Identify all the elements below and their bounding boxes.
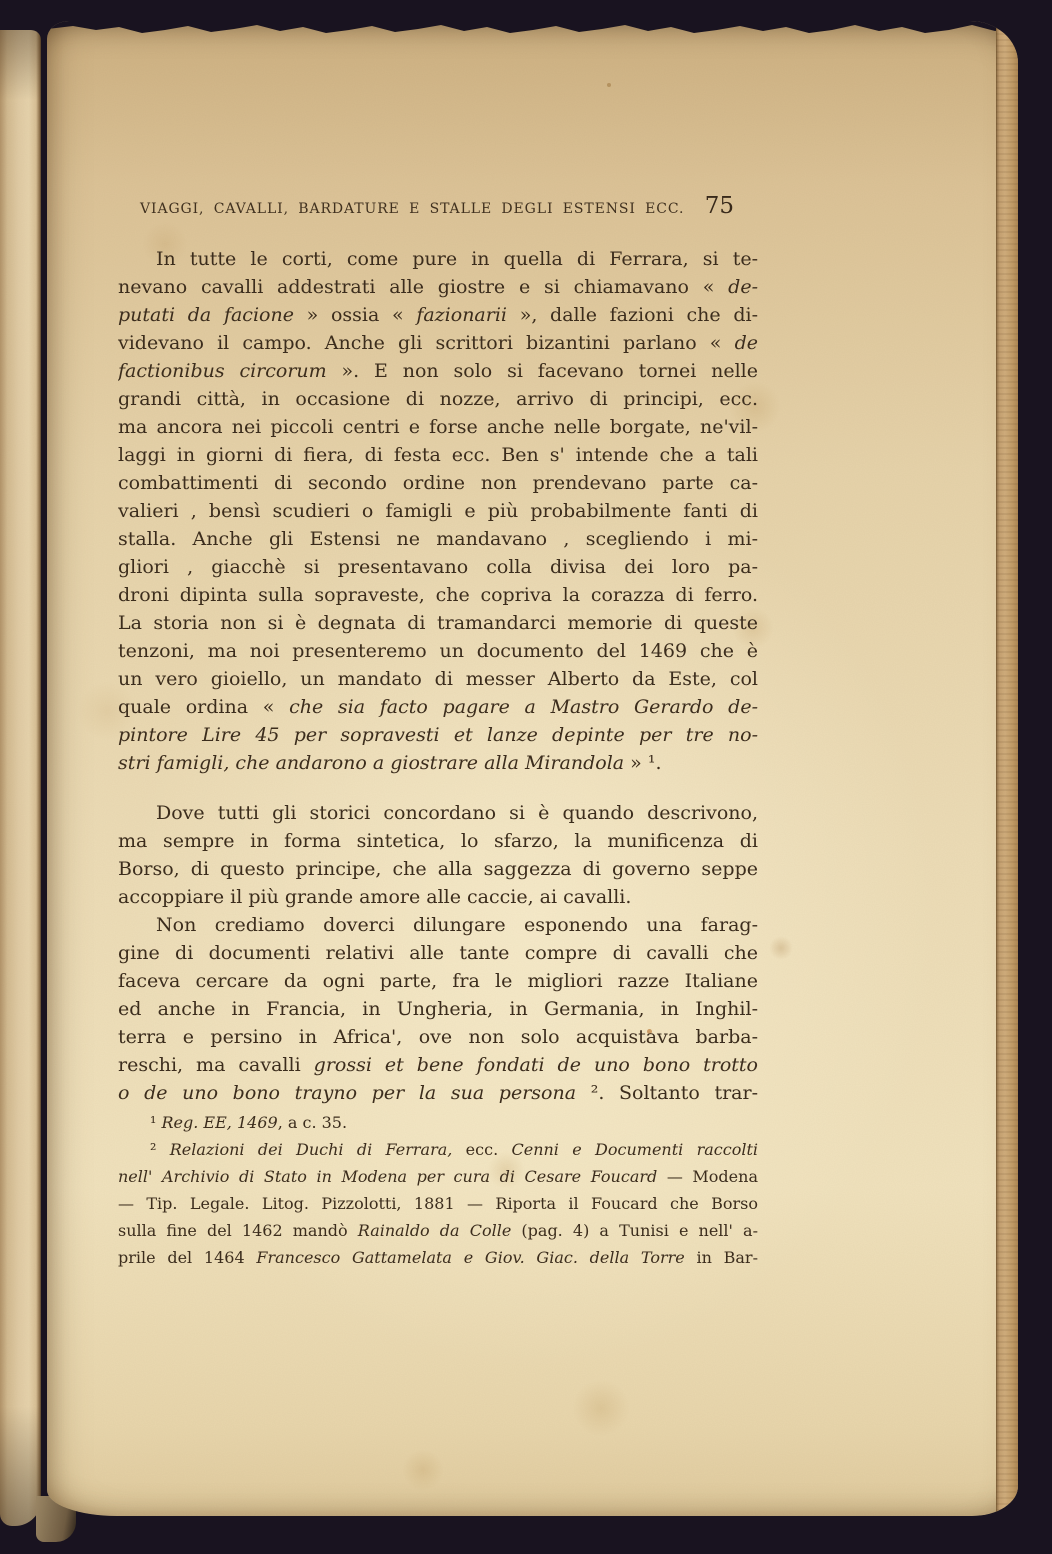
- text-segment: terra e persino in Africa', ove non solo…: [118, 1026, 758, 1048]
- text-line: pintore Lire 45 per sopravesti et lanze …: [118, 721, 758, 749]
- text-line: gine di documenti relativi alle tante co…: [118, 939, 758, 967]
- text-line: — Tip. Legale. Litog. Pizzolotti, 1881 —…: [118, 1190, 758, 1217]
- text-segment: droni dipinta sulla sopraveste, che copr…: [118, 584, 758, 606]
- text-line: Dove tutti gli storici concordano si è q…: [118, 799, 758, 827]
- text-segment: accoppiare il più grande amore alle cacc…: [118, 886, 631, 908]
- text-segment: gine di documenti relativi alle tante co…: [118, 942, 758, 964]
- page-fore-edge: [996, 21, 1018, 1516]
- text-segment: » ossia «: [294, 304, 416, 326]
- text-line: droni dipinta sulla sopraveste, che copr…: [118, 581, 758, 609]
- text-segment: ²: [150, 1140, 170, 1159]
- text-segment: Borso, di questo principe, che alla sagg…: [118, 858, 758, 880]
- text-line: gliori , giacchè si presentavano colla d…: [118, 553, 758, 581]
- text-segment: sulla fine del 1462 mandò: [118, 1221, 358, 1240]
- italic-text: Reg. EE, 1469: [162, 1113, 278, 1132]
- text-segment: » ¹.: [624, 752, 661, 774]
- italic-text: Relazioni dei Duchi di Ferrara,: [170, 1140, 453, 1159]
- text-line: quale ordina « che sia facto pagare a Ma…: [118, 693, 758, 721]
- text-segment: ². Soltanto trar-: [576, 1082, 758, 1104]
- text-line: tenzoni, ma noi presenteremo un document…: [118, 637, 758, 665]
- text-line: nevano cavalli addestrati alle giostre e…: [118, 273, 758, 301]
- text-line: ² Relazioni dei Duchi di Ferrara, ecc. C…: [118, 1136, 758, 1163]
- text-segment: Non crediamo doverci dilungare esponendo…: [156, 914, 758, 936]
- text-line: reschi, ma cavalli grossi et bene fondat…: [118, 1051, 758, 1079]
- text-line: La storia non si è degnata di tramandarc…: [118, 609, 758, 637]
- text-segment: ¹: [150, 1113, 162, 1132]
- italic-text: Cenni e Documenti raccolti: [511, 1140, 758, 1159]
- text-line: videvano il campo. Anche gli scrittori b…: [118, 329, 758, 357]
- text-line: valieri , bensì scudieri o famigli e più…: [118, 497, 758, 525]
- text-line: prile del 1464 Francesco Gattamelata e G…: [118, 1244, 758, 1271]
- text-line: laggi in giorni di fiera, di festa ecc. …: [118, 441, 758, 469]
- italic-text: de-: [728, 276, 758, 298]
- text-segment: valieri , bensì scudieri o famigli e più…: [118, 500, 758, 522]
- age-stain: [402, 1449, 444, 1491]
- text-line: accoppiare il più grande amore alle cacc…: [118, 883, 758, 911]
- text-segment: ». E non solo si facevano tornei nelle: [327, 360, 758, 382]
- ink-speck: [607, 83, 611, 87]
- text-line: un vero gioiello, un mandato di messer A…: [118, 665, 758, 693]
- italic-text: pintore Lire 45 per sopravesti et lanze …: [118, 724, 758, 746]
- italic-text: factionibus circorum: [118, 360, 327, 382]
- text-segment: grandi città, in occasione di nozze, arr…: [118, 388, 758, 410]
- text-segment: Dove tutti gli storici concordano si è q…: [156, 802, 758, 824]
- italic-text: nell' Archivio di Stato in Modena per cu…: [118, 1167, 657, 1186]
- text-segment: combattimenti di secondo ordine non pren…: [118, 472, 758, 494]
- italic-text: fazionarii: [416, 304, 507, 326]
- text-segment: », dalle fazioni che di-: [507, 304, 758, 326]
- text-line: sulla fine del 1462 mandò Rainaldo da Co…: [118, 1217, 758, 1244]
- text-line: ma sempre in forma sintetica, lo sfarzo,…: [118, 827, 758, 855]
- text-line: In tutte le corti, come pure in quella d…: [118, 245, 758, 273]
- text-line: ma ancora nei piccoli centri e forse anc…: [118, 413, 758, 441]
- deckle-edge: [47, 21, 1018, 35]
- previous-page-edge: [0, 30, 41, 1526]
- body-text: In tutte le corti, come pure in quella d…: [118, 245, 758, 1107]
- italic-text: stri famigli, che andarono a giostrare a…: [118, 752, 624, 774]
- text-segment: ma sempre in forma sintetica, lo sfarzo,…: [118, 830, 758, 852]
- text-line: stalla. Anche gli Estensi ne mandavano ,…: [118, 525, 758, 553]
- text-line: nell' Archivio di Stato in Modena per cu…: [118, 1163, 758, 1190]
- text-line: putati da facione » ossia « fazionarii »…: [118, 301, 758, 329]
- text-segment: in Bar-: [685, 1248, 758, 1267]
- text-segment: nevano cavalli addestrati alle giostre e…: [118, 276, 728, 298]
- text-line: grandi città, in occasione di nozze, arr…: [118, 385, 758, 413]
- text-line: faceva cercare da ogni parte, fra le mig…: [118, 967, 758, 995]
- text-segment: — Modena: [657, 1167, 758, 1186]
- running-header-title: VIAGGI, CAVALLI, BARDATURE E STALLE DEGL…: [140, 201, 684, 217]
- text-line: ¹ Reg. EE, 1469, a c. 35.: [118, 1109, 758, 1136]
- text-line: o de uno bono trayno per la sua persona …: [118, 1079, 758, 1107]
- text-line: ed anche in Francia, in Ungheria, in Ger…: [118, 995, 758, 1023]
- text-segment: ma ancora nei piccoli centri e forse anc…: [118, 416, 758, 438]
- text-segment: stalla. Anche gli Estensi ne mandavano ,…: [118, 528, 758, 550]
- running-header: VIAGGI, CAVALLI, BARDATURE E STALLE DEGL…: [140, 193, 734, 219]
- italic-text: putati da facione: [118, 304, 294, 326]
- page-number: 75: [705, 193, 734, 219]
- text-segment: La storia non si è degnata di tramandarc…: [118, 612, 758, 634]
- text-segment: quale ordina «: [118, 696, 289, 718]
- text-segment: In tutte le corti, come pure in quella d…: [156, 248, 758, 270]
- text-segment: (pag. 4) a Tunisi e nell' a-: [511, 1221, 758, 1240]
- italic-text: de: [735, 332, 758, 354]
- italic-text: grossi et bene fondati de uno bono trott…: [314, 1054, 758, 1076]
- text-line: factionibus circorum ». E non solo si fa…: [118, 357, 758, 385]
- book-photograph: VIAGGI, CAVALLI, BARDATURE E STALLE DEGL…: [0, 0, 1052, 1554]
- italic-text: che sia facto pagare a Mastro Gerardo de…: [289, 696, 758, 718]
- text-line: combattimenti di secondo ordine non pren…: [118, 469, 758, 497]
- text-segment: prile del 1464: [118, 1248, 256, 1267]
- text-segment: — Tip. Legale. Litog. Pizzolotti, 1881 —…: [118, 1194, 758, 1213]
- italic-text: o de uno bono trayno per la sua persona: [118, 1082, 576, 1104]
- text-segment: tenzoni, ma noi presenteremo un document…: [118, 640, 758, 662]
- age-stain: [572, 1379, 630, 1437]
- text-line: Non crediamo doverci dilungare esponendo…: [118, 911, 758, 939]
- footnotes: ¹ Reg. EE, 1469, a c. 35.² Relazioni dei…: [118, 1109, 758, 1271]
- text-line: stri famigli, che andarono a giostrare a…: [118, 749, 758, 777]
- text-segment: gliori , giacchè si presentavano colla d…: [118, 556, 758, 578]
- text-line: terra e persino in Africa', ove non solo…: [118, 1023, 758, 1051]
- text-segment: , a c. 35.: [278, 1113, 347, 1132]
- text-line: Borso, di questo principe, che alla sagg…: [118, 855, 758, 883]
- italic-text: Francesco Gattamelata e Giov. Giac. dell…: [256, 1248, 684, 1267]
- italic-text: Rainaldo da Colle: [358, 1221, 512, 1240]
- text-segment: laggi in giorni di fiera, di festa ecc. …: [118, 444, 758, 466]
- text-segment: videvano il campo. Anche gli scrittori b…: [118, 332, 735, 354]
- text-segment: ecc.: [452, 1140, 511, 1159]
- text-segment: reschi, ma cavalli: [118, 1054, 314, 1076]
- text-segment: ed anche in Francia, in Ungheria, in Ger…: [118, 998, 758, 1020]
- book-page: VIAGGI, CAVALLI, BARDATURE E STALLE DEGL…: [47, 21, 1018, 1516]
- age-stain: [769, 936, 793, 960]
- text-segment: faceva cercare da ogni parte, fra le mig…: [118, 970, 758, 992]
- text-segment: un vero gioiello, un mandato di messer A…: [118, 668, 758, 690]
